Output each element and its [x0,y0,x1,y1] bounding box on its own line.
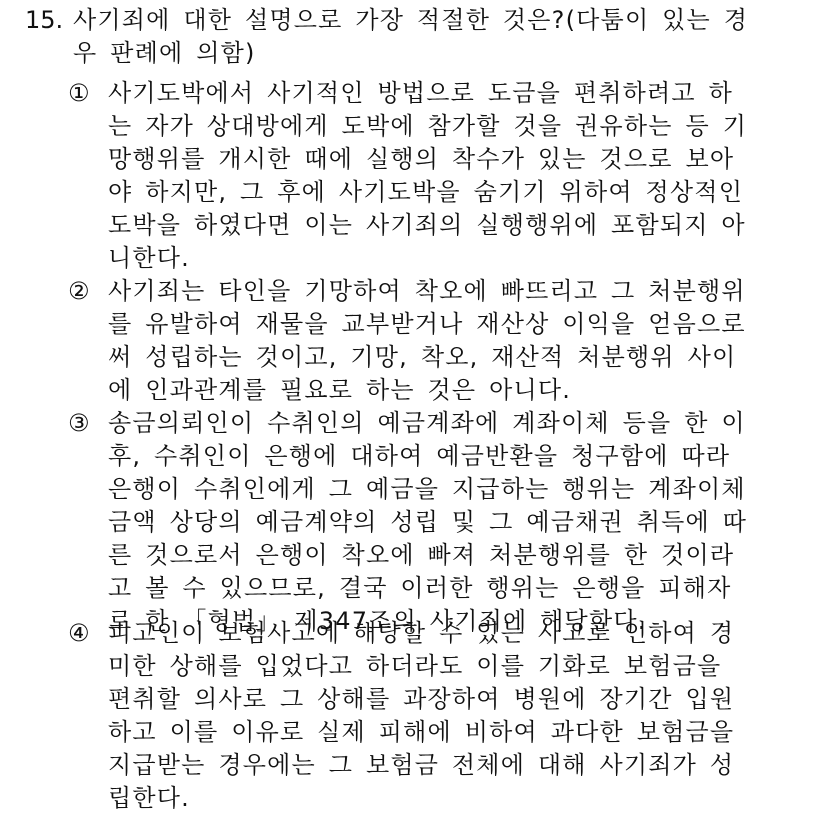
option-marker: ③ [68,407,90,440]
option-text-line: 니한다. [108,242,190,275]
option-text-line: 도박을 하였다면 이는 사기죄의 실행행위에 포함되지 아 [108,209,746,242]
option-text-line: 른 것으로서 은행이 착오에 빠져 처분행위를 한 것이라 [108,539,734,572]
option-text-line: 송금의뢰인이 수취인의 예금계좌에 계좌이체 등을 한 이 [108,407,746,440]
option-text-line: 후, 수취인이 은행에 대하여 예금반환을 청구함에 따라 [108,440,730,473]
option-text-line: 사기죄는 타인을 기망하여 착오에 빠뜨리고 그 처분행위 [108,275,746,308]
option-text-line: 립한다. [108,782,190,802]
option-text-line: 써 성립하는 것이고, 기망, 착오, 재산적 처분행위 사이 [108,341,736,374]
option-marker: ② [68,275,90,308]
option-text-line: 미한 상해를 입었다고 하더라도 이를 기화로 보험금을 [108,650,721,683]
option-marker: ④ [68,617,90,650]
option-text-line: 하고 이를 이유로 실제 피해에 비하여 과다한 보험금을 [108,716,734,749]
option-text-line: 야 하지만, 그 후에 사기도박을 숨기기 위하여 정상적인 [108,176,743,209]
question-number: 15. [25,4,63,37]
option-text-line: 편취할 의사로 그 상해를 과장하여 병원에 장기간 입원 [108,683,734,716]
option-text-line: 은행이 수취인에게 그 예금을 지급하는 행위는 계좌이체 [108,473,746,506]
option-marker: ① [68,77,90,110]
option-text-line: 는 자가 상대방에게 도박에 참가할 것을 권유하는 등 기 [108,110,747,143]
option-text-line: 에 인과관계를 필요로 하는 것은 아니다. [108,374,571,407]
option-text-line: 망행위를 개시한 때에 실행의 착수가 있는 것으로 보아 [108,143,734,176]
option-text-line: 금액 상당의 예금계약의 성립 및 그 예금채권 취득에 따 [108,506,747,539]
option-text-line: 고 볼 수 있으므로, 결국 이러한 행위는 은행을 피해자 [108,572,732,605]
option-text-line: 지급받는 경우에는 그 보험금 전체에 대해 사기죄가 성 [108,749,734,782]
question-text-line: 우 판례에 의함) [73,37,256,70]
option-text-line: 를 유발하여 재물을 교부받거나 재산상 이익을 얻음으로 [108,308,746,341]
question-text-line: 사기죄에 대한 설명으로 가장 적절한 것은?(다툼이 있는 경 [73,4,748,37]
option-text-line: 피고인이 보험사고에 해당할 수 있는 사고로 인하여 경 [108,617,734,650]
option-text-line: 사기도박에서 사기적인 방법으로 도금을 편취하려고 하 [108,77,733,110]
